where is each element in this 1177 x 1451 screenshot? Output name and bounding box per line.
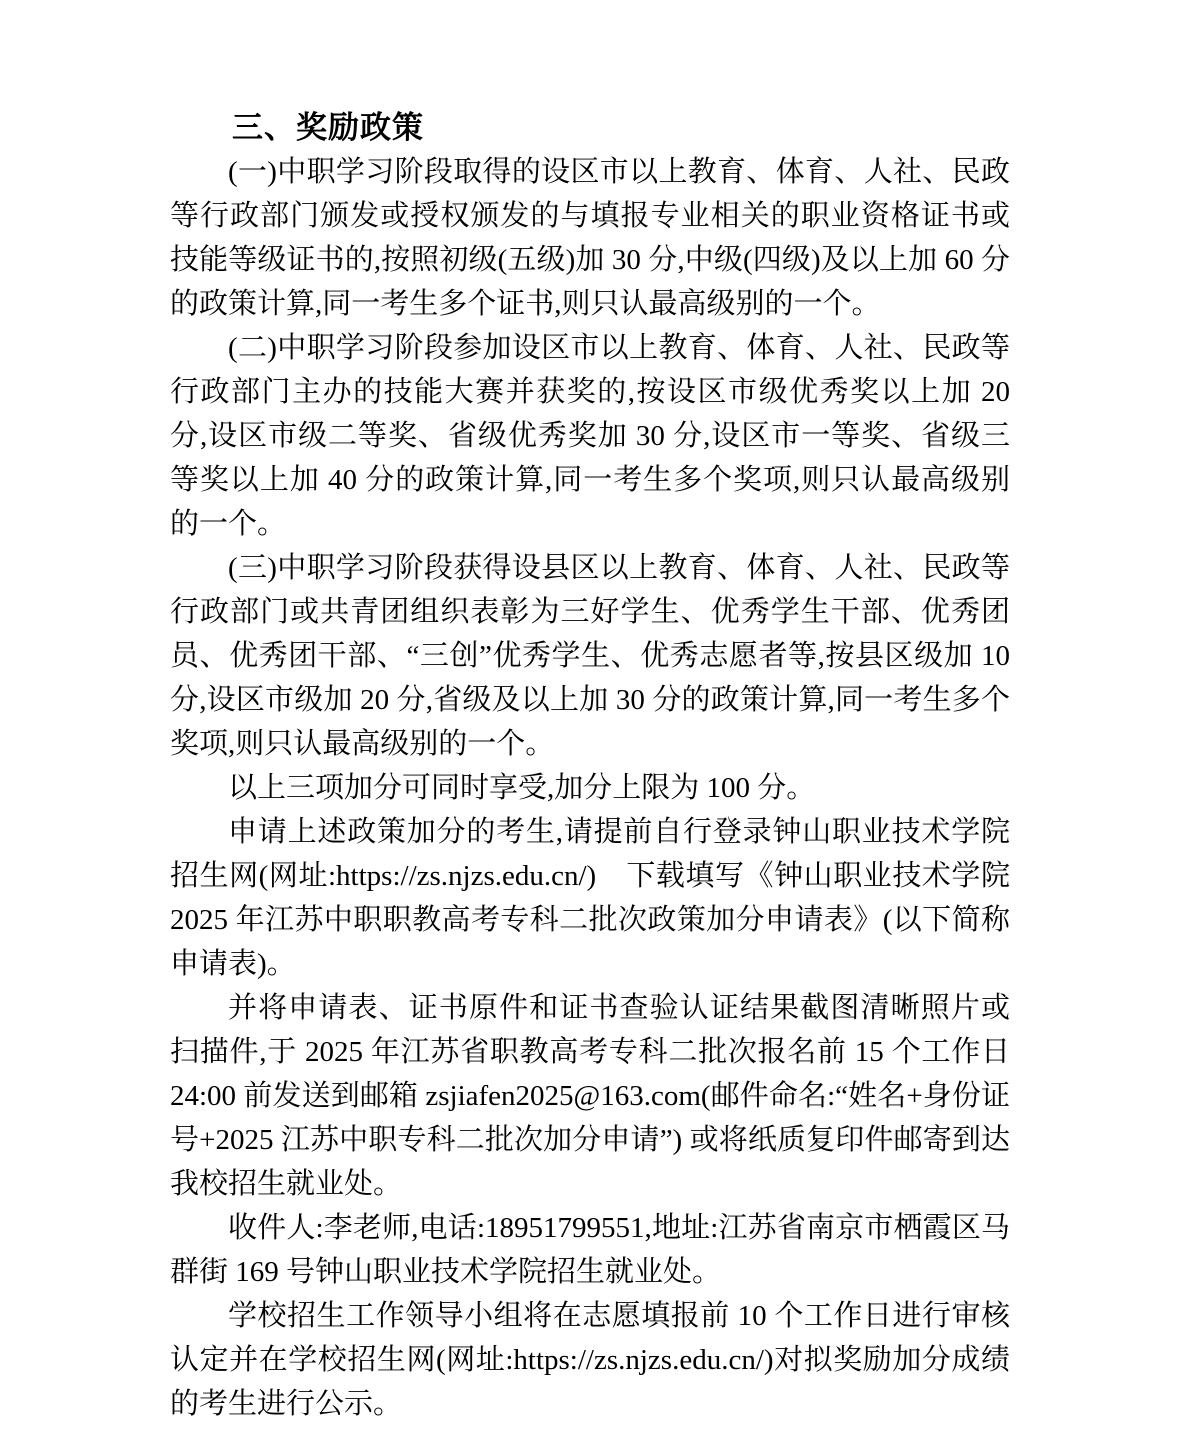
paragraph-recipient-contact: 收件人:李老师,电话:18951799551,地址:江苏省南京市栖霞区马群街 1… bbox=[170, 1206, 1010, 1294]
paragraph-bonus-cap: 以上三项加分可同时享受,加分上限为 100 分。 bbox=[170, 766, 1010, 810]
paragraph-application-form: 申请上述政策加分的考生,请提前自行登录钟山职业技术学院招生网(网址:https:… bbox=[170, 810, 1010, 986]
document-page: 三、奖励政策 (一)中职学习阶段取得的设区市以上教育、体育、人社、民政等行政部门… bbox=[0, 0, 1177, 1451]
section-heading: 三、奖励政策 bbox=[170, 106, 1010, 150]
paragraph-review-publicity: 学校招生工作领导小组将在志愿填报前 10 个工作日进行审核认定并在学校招生网(网… bbox=[170, 1294, 1010, 1426]
paragraph-submission-instructions: 并将申请表、证书原件和证书查验认证结果截图清晰照片或扫描件,于 2025 年江苏… bbox=[170, 986, 1010, 1206]
paragraph-award-certificates: (一)中职学习阶段取得的设区市以上教育、体育、人社、民政等行政部门颁发或授权颁发… bbox=[170, 150, 1010, 326]
paragraph-honor-titles: (三)中职学习阶段获得设县区以上教育、体育、人社、民政等行政部门或共青团组织表彰… bbox=[170, 546, 1010, 766]
paragraph-skill-competitions: (二)中职学习阶段参加设区市以上教育、体育、人社、民政等行政部门主办的技能大赛并… bbox=[170, 326, 1010, 546]
